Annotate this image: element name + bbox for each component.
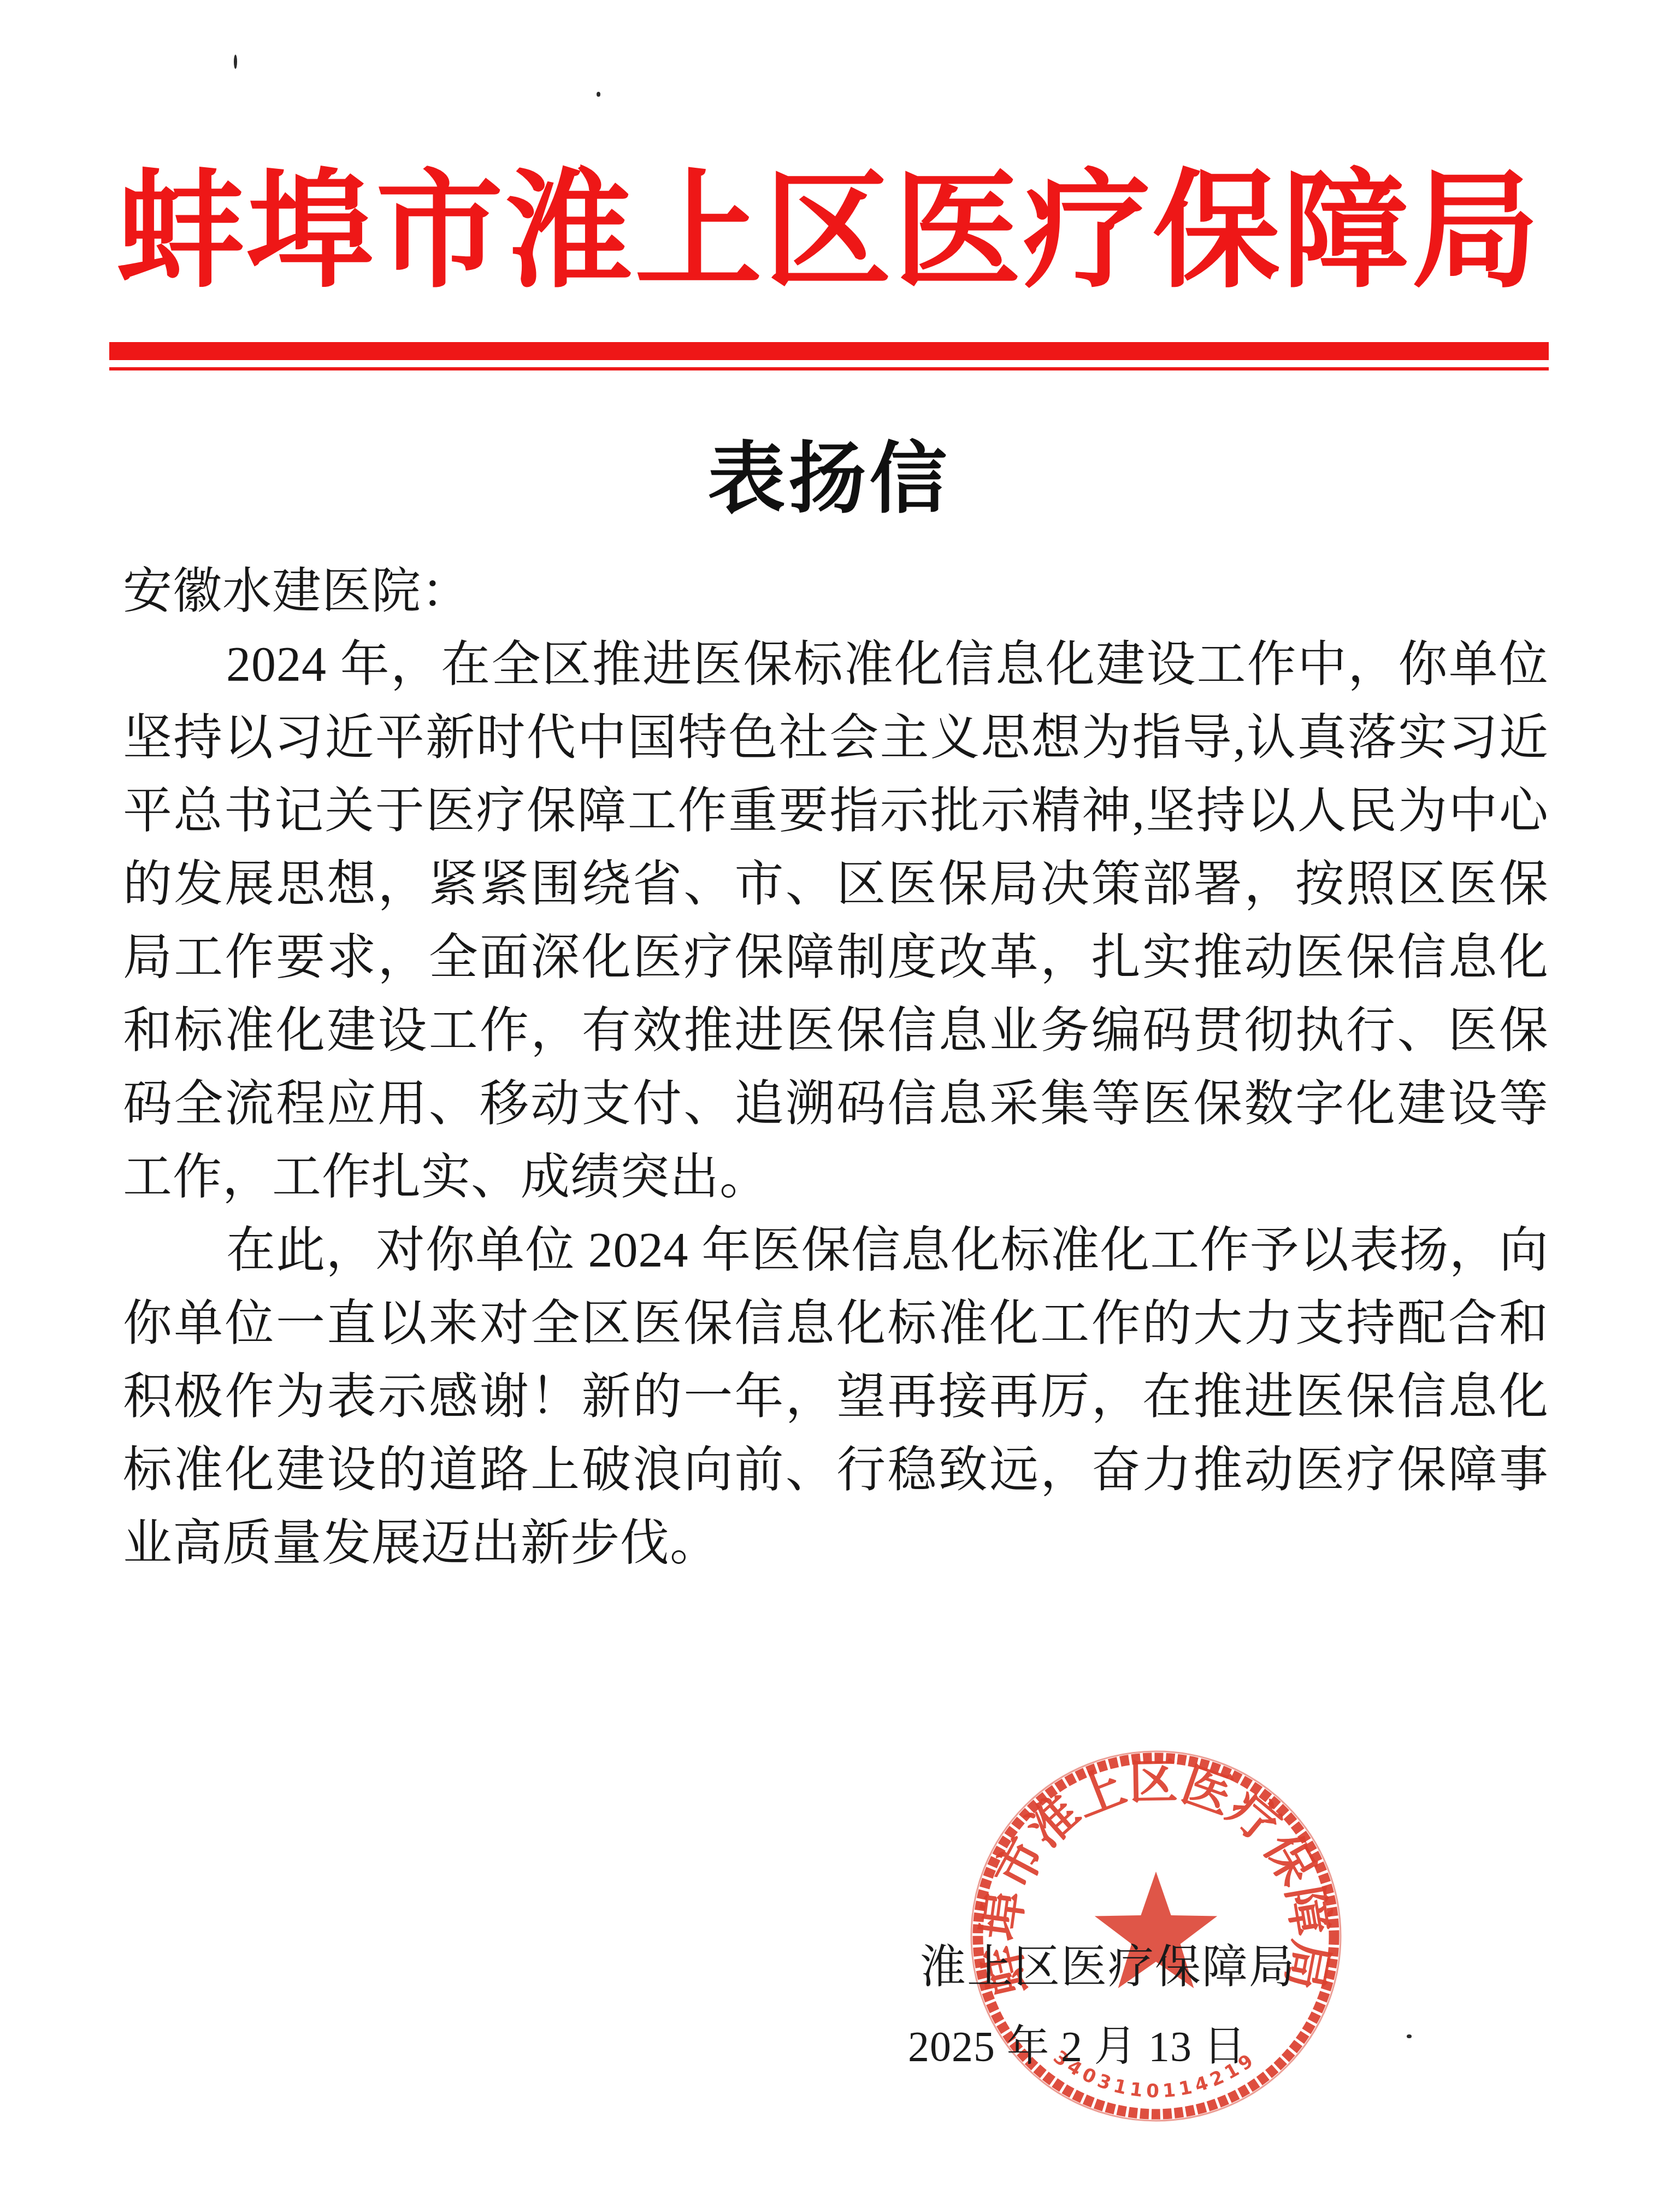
scan-speck — [597, 92, 600, 97]
letterhead-org-name: 蚌埠市淮上区医疗保障局 — [0, 160, 1658, 306]
letter-body: 安徽水建医院： 2024 年，在全区推进医保标准化信息化建设工作中，你单位坚持以… — [123, 555, 1549, 1580]
paragraph: 2024 年，在全区推进医保标准化信息化建设工作中，你单位坚持以习近平新时代中国… — [123, 628, 1549, 1214]
scan-speck — [234, 55, 237, 69]
signature-org-name: 淮上区医疗保障局 — [920, 1930, 1296, 1996]
paragraph: 在此，对你单位 2024 年医保信息化标准化工作予以表扬，向你单位一直以来对全区… — [123, 1214, 1549, 1580]
salutation: 安徽水建医院： — [123, 555, 1549, 628]
signature-date: 2025 年 2 月 13 日 — [908, 2012, 1247, 2073]
letterhead-rule-thick — [109, 342, 1549, 360]
letter-title: 表扬信 — [0, 416, 1658, 528]
scan-speck — [1407, 2034, 1412, 2038]
document-page: 蚌埠市淮上区医疗保障局 表扬信 安徽水建医院： 2024 年，在全区推进医保标准… — [0, 0, 1658, 2212]
letterhead-rule-thin — [109, 367, 1549, 370]
